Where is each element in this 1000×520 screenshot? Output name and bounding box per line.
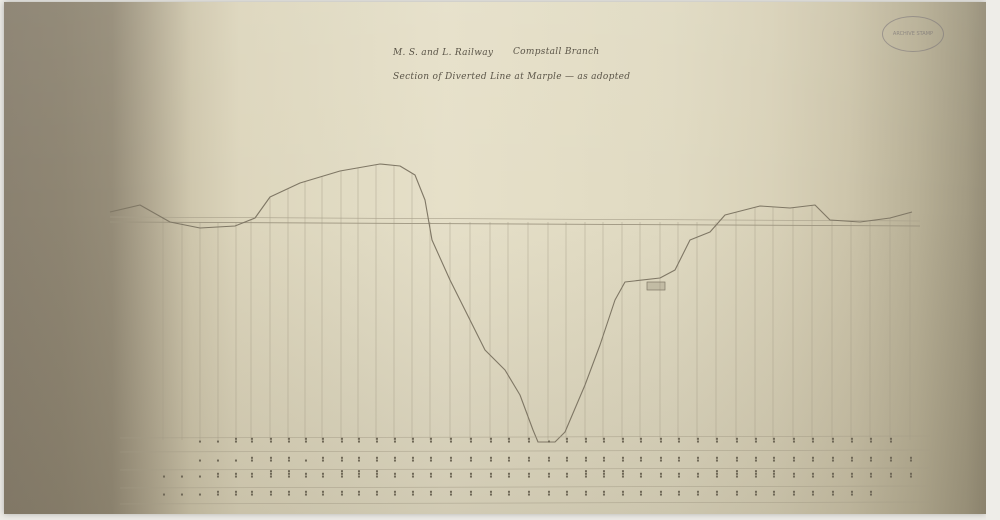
svg-text:▪▪: ▪▪ xyxy=(868,490,873,496)
svg-text:▪▪: ▪▪ xyxy=(428,456,433,462)
svg-text:▪▪: ▪▪ xyxy=(620,490,625,496)
svg-text:▪▪: ▪▪ xyxy=(753,456,758,462)
svg-text:▪▪: ▪▪ xyxy=(249,472,254,478)
svg-text:▪: ▪ xyxy=(215,440,220,443)
section-drawing: ▪▪▪▪▪▪▪▪▪▪▪▪▪▪▪▪▪▪▪▪▪▪▪▪▪▪▪▪▪▪▪▪▪▪▪▪▪▪▪▪… xyxy=(0,0,1000,520)
svg-text:▪▪: ▪▪ xyxy=(908,472,913,478)
svg-text:▪▪: ▪▪ xyxy=(695,456,700,462)
svg-text:▪▪: ▪▪ xyxy=(526,437,531,443)
svg-text:▪: ▪ xyxy=(303,459,308,462)
svg-text:▪▪: ▪▪ xyxy=(526,490,531,496)
svg-text:▪▪: ▪▪ xyxy=(546,456,551,462)
svg-text:▪▪▪: ▪▪▪ xyxy=(583,470,588,478)
svg-text:▪▪▪: ▪▪▪ xyxy=(356,470,361,478)
svg-text:▪▪: ▪▪ xyxy=(268,456,273,462)
svg-text:▪▪: ▪▪ xyxy=(356,456,361,462)
svg-text:▪▪: ▪▪ xyxy=(468,456,473,462)
svg-text:▪▪: ▪▪ xyxy=(830,490,835,496)
svg-text:▪▪: ▪▪ xyxy=(676,437,681,443)
svg-text:▪▪: ▪▪ xyxy=(714,456,719,462)
svg-text:▪▪: ▪▪ xyxy=(249,437,254,443)
svg-text:▪▪: ▪▪ xyxy=(506,490,511,496)
svg-text:▪▪▪: ▪▪▪ xyxy=(339,470,344,478)
svg-text:▪▪: ▪▪ xyxy=(676,490,681,496)
svg-text:▪▪: ▪▪ xyxy=(506,456,511,462)
svg-text:▪▪: ▪▪ xyxy=(658,472,663,478)
svg-text:▪▪: ▪▪ xyxy=(320,437,325,443)
svg-text:▪▪: ▪▪ xyxy=(356,437,361,443)
svg-text:▪▪▪: ▪▪▪ xyxy=(734,470,739,478)
svg-text:▪▪: ▪▪ xyxy=(601,437,606,443)
svg-text:▪▪: ▪▪ xyxy=(849,490,854,496)
svg-text:▪▪: ▪▪ xyxy=(303,490,308,496)
svg-text:▪▪: ▪▪ xyxy=(734,456,739,462)
svg-text:▪▪: ▪▪ xyxy=(601,456,606,462)
svg-text:▪▪: ▪▪ xyxy=(392,437,397,443)
svg-text:▪▪: ▪▪ xyxy=(339,437,344,443)
svg-text:▪▪: ▪▪ xyxy=(791,490,796,496)
svg-text:▪▪: ▪▪ xyxy=(810,456,815,462)
svg-text:▪▪: ▪▪ xyxy=(526,456,531,462)
svg-text:▪▪: ▪▪ xyxy=(428,437,433,443)
svg-text:▪▪: ▪▪ xyxy=(392,472,397,478)
svg-text:▪▪: ▪▪ xyxy=(286,456,291,462)
svg-text:▪▪: ▪▪ xyxy=(868,472,873,478)
svg-text:▪▪: ▪▪ xyxy=(638,437,643,443)
svg-text:▪▪: ▪▪ xyxy=(526,472,531,478)
svg-text:▪: ▪ xyxy=(233,459,238,462)
svg-text:▪▪: ▪▪ xyxy=(468,437,473,443)
svg-text:▪▪: ▪▪ xyxy=(488,456,493,462)
svg-text:▪▪: ▪▪ xyxy=(771,490,776,496)
svg-text:▪▪: ▪▪ xyxy=(356,490,361,496)
svg-text:▪▪: ▪▪ xyxy=(320,472,325,478)
svg-text:▪▪: ▪▪ xyxy=(849,456,854,462)
ordinate-lines xyxy=(163,165,910,440)
svg-text:▪▪: ▪▪ xyxy=(658,490,663,496)
svg-text:▪▪: ▪▪ xyxy=(714,490,719,496)
svg-text:▪▪: ▪▪ xyxy=(410,437,415,443)
svg-text:▪▪: ▪▪ xyxy=(791,456,796,462)
svg-text:▪▪: ▪▪ xyxy=(303,437,308,443)
svg-text:▪▪: ▪▪ xyxy=(849,472,854,478)
formation-level-line-upper xyxy=(110,217,920,221)
svg-text:▪▪: ▪▪ xyxy=(249,456,254,462)
svg-text:▪▪▪: ▪▪▪ xyxy=(753,470,758,478)
svg-text:▪▪▪: ▪▪▪ xyxy=(771,470,776,478)
svg-text:▪▪: ▪▪ xyxy=(771,437,776,443)
svg-text:▪▪: ▪▪ xyxy=(601,490,606,496)
svg-text:▪▪: ▪▪ xyxy=(771,456,776,462)
svg-text:▪▪: ▪▪ xyxy=(583,437,588,443)
svg-text:▪▪: ▪▪ xyxy=(564,437,569,443)
svg-text:▪▪: ▪▪ xyxy=(410,490,415,496)
svg-text:▪▪: ▪▪ xyxy=(564,456,569,462)
svg-text:▪▪: ▪▪ xyxy=(233,437,238,443)
data-table-grid xyxy=(120,436,930,504)
svg-text:▪▪: ▪▪ xyxy=(695,437,700,443)
svg-text:▪▪: ▪▪ xyxy=(849,437,854,443)
svg-text:▪▪: ▪▪ xyxy=(374,456,379,462)
svg-text:▪▪: ▪▪ xyxy=(714,437,719,443)
svg-text:▪▪: ▪▪ xyxy=(320,490,325,496)
svg-text:▪▪: ▪▪ xyxy=(506,472,511,478)
svg-text:▪▪▪: ▪▪▪ xyxy=(714,470,719,478)
svg-text:▪▪: ▪▪ xyxy=(448,490,453,496)
svg-text:▪▪: ▪▪ xyxy=(233,490,238,496)
svg-text:▪▪: ▪▪ xyxy=(286,437,291,443)
svg-text:▪▪▪: ▪▪▪ xyxy=(620,470,625,478)
svg-text:▪▪: ▪▪ xyxy=(268,437,273,443)
svg-text:▪▪: ▪▪ xyxy=(830,437,835,443)
svg-text:▪▪: ▪▪ xyxy=(676,472,681,478)
svg-text:▪▪: ▪▪ xyxy=(620,437,625,443)
svg-text:▪▪: ▪▪ xyxy=(374,490,379,496)
svg-text:▪: ▪ xyxy=(197,459,202,462)
cutting-marker xyxy=(647,282,665,290)
svg-text:▪▪: ▪▪ xyxy=(410,456,415,462)
svg-text:▪▪: ▪▪ xyxy=(564,472,569,478)
svg-text:▪▪: ▪▪ xyxy=(753,437,758,443)
svg-text:▪▪▪: ▪▪▪ xyxy=(601,470,606,478)
svg-text:▪▪: ▪▪ xyxy=(286,490,291,496)
svg-text:▪▪: ▪▪ xyxy=(374,437,379,443)
svg-text:▪: ▪ xyxy=(161,493,166,496)
svg-text:▪▪: ▪▪ xyxy=(583,456,588,462)
svg-text:▪▪: ▪▪ xyxy=(791,472,796,478)
svg-text:▪▪: ▪▪ xyxy=(546,472,551,478)
svg-text:▪▪: ▪▪ xyxy=(695,472,700,478)
svg-text:▪▪: ▪▪ xyxy=(410,472,415,478)
svg-text:▪▪: ▪▪ xyxy=(620,456,625,462)
svg-text:▪▪: ▪▪ xyxy=(506,437,511,443)
svg-text:▪▪: ▪▪ xyxy=(695,490,700,496)
svg-text:▪: ▪ xyxy=(197,493,202,496)
svg-text:▪▪▪: ▪▪▪ xyxy=(268,470,273,478)
svg-text:▪▪: ▪▪ xyxy=(303,472,308,478)
svg-text:▪: ▪ xyxy=(161,475,166,478)
svg-text:▪: ▪ xyxy=(546,440,551,443)
svg-text:▪▪: ▪▪ xyxy=(888,456,893,462)
svg-text:▪▪: ▪▪ xyxy=(249,490,254,496)
svg-text:▪▪: ▪▪ xyxy=(488,472,493,478)
svg-text:▪▪: ▪▪ xyxy=(233,472,238,478)
svg-text:▪: ▪ xyxy=(197,440,202,443)
svg-text:▪▪: ▪▪ xyxy=(658,456,663,462)
svg-text:▪▪: ▪▪ xyxy=(215,472,220,478)
svg-text:▪▪: ▪▪ xyxy=(830,472,835,478)
svg-text:▪▪: ▪▪ xyxy=(392,456,397,462)
svg-text:▪: ▪ xyxy=(197,475,202,478)
svg-text:▪▪: ▪▪ xyxy=(734,437,739,443)
svg-text:▪▪: ▪▪ xyxy=(448,437,453,443)
svg-text:▪▪: ▪▪ xyxy=(810,472,815,478)
svg-text:▪▪: ▪▪ xyxy=(320,456,325,462)
ground-profile-line xyxy=(110,164,912,442)
drawing-sheet: M. S. and L. Railway Compstall Branch Se… xyxy=(0,0,1000,520)
svg-text:▪▪: ▪▪ xyxy=(638,490,643,496)
svg-text:▪▪: ▪▪ xyxy=(734,490,739,496)
svg-text:▪: ▪ xyxy=(179,493,184,496)
svg-text:▪▪: ▪▪ xyxy=(339,456,344,462)
svg-text:▪▪: ▪▪ xyxy=(583,490,588,496)
svg-text:▪: ▪ xyxy=(179,475,184,478)
svg-text:▪▪: ▪▪ xyxy=(448,472,453,478)
svg-text:▪▪: ▪▪ xyxy=(888,472,893,478)
svg-text:▪▪: ▪▪ xyxy=(810,490,815,496)
svg-text:▪▪: ▪▪ xyxy=(339,490,344,496)
svg-text:▪▪: ▪▪ xyxy=(753,490,758,496)
svg-text:▪▪: ▪▪ xyxy=(215,490,220,496)
formation-level-line xyxy=(110,222,920,226)
svg-text:▪▪: ▪▪ xyxy=(810,437,815,443)
svg-text:▪▪: ▪▪ xyxy=(392,490,397,496)
svg-text:▪▪▪: ▪▪▪ xyxy=(374,470,379,478)
svg-text:▪▪: ▪▪ xyxy=(676,456,681,462)
svg-text:▪▪: ▪▪ xyxy=(564,490,569,496)
svg-text:▪▪: ▪▪ xyxy=(468,490,473,496)
svg-text:▪: ▪ xyxy=(215,459,220,462)
svg-text:▪▪: ▪▪ xyxy=(868,456,873,462)
svg-text:▪▪▪: ▪▪▪ xyxy=(286,470,291,478)
svg-text:▪▪: ▪▪ xyxy=(868,437,873,443)
svg-text:▪▪: ▪▪ xyxy=(546,490,551,496)
svg-text:▪▪: ▪▪ xyxy=(658,437,663,443)
svg-text:▪▪: ▪▪ xyxy=(638,456,643,462)
svg-text:▪▪: ▪▪ xyxy=(888,437,893,443)
svg-text:▪▪: ▪▪ xyxy=(830,456,835,462)
svg-text:▪▪: ▪▪ xyxy=(488,490,493,496)
svg-text:▪▪: ▪▪ xyxy=(638,472,643,478)
svg-text:▪▪: ▪▪ xyxy=(428,490,433,496)
svg-text:▪▪: ▪▪ xyxy=(908,456,913,462)
svg-text:▪▪: ▪▪ xyxy=(268,490,273,496)
svg-text:▪▪: ▪▪ xyxy=(791,437,796,443)
svg-text:▪▪: ▪▪ xyxy=(428,472,433,478)
svg-text:▪▪: ▪▪ xyxy=(448,456,453,462)
svg-text:▪▪: ▪▪ xyxy=(468,472,473,478)
svg-text:▪▪: ▪▪ xyxy=(488,437,493,443)
